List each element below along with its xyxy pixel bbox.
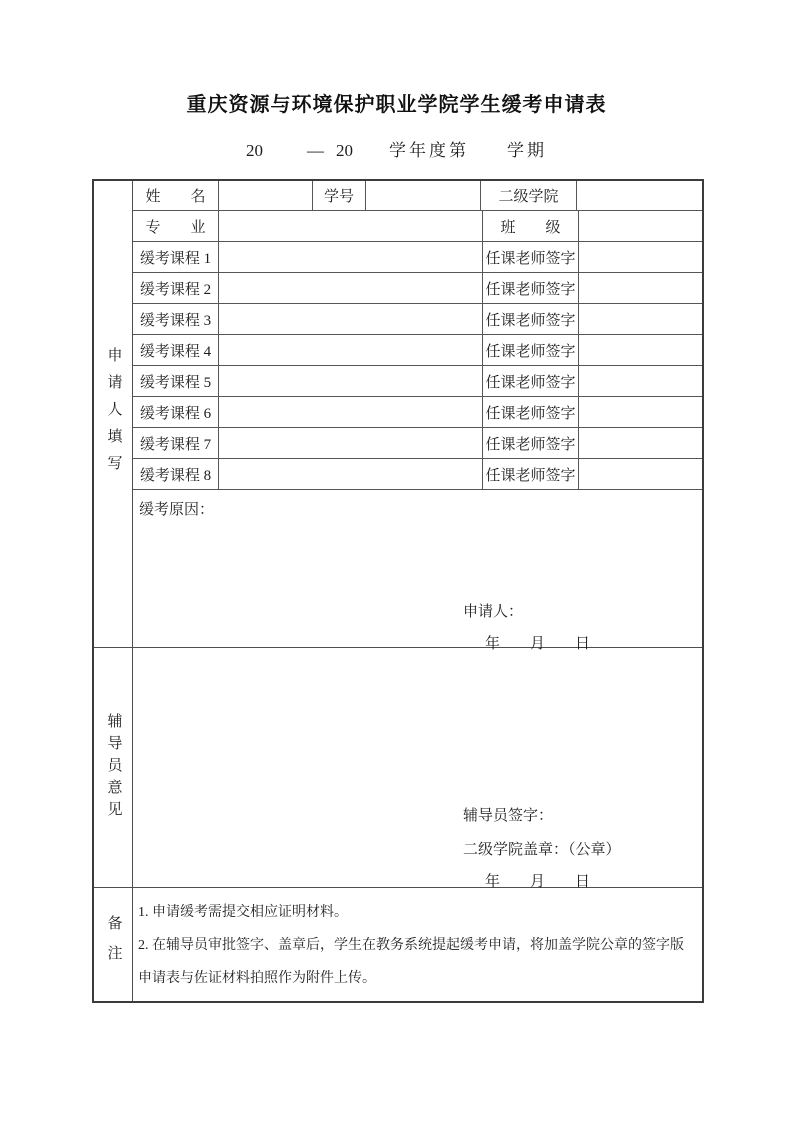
teacher-sign-field-1[interactable]	[579, 242, 702, 272]
course-4-label: 缓考课程 4	[133, 335, 219, 365]
course-row-3: 缓考课程 3 任课老师签字	[133, 304, 702, 335]
deferral-reason-area[interactable]: 缓考原因： 申请人： 年 月 日	[133, 490, 702, 647]
major-field[interactable]	[219, 211, 483, 241]
teacher-sign-label: 任课老师签字	[483, 304, 579, 334]
academic-year-line: 20 — 20 学年度第 学期	[0, 136, 793, 161]
teacher-sign-field-3[interactable]	[579, 304, 702, 334]
teacher-sign-label: 任课老师签字	[483, 428, 579, 458]
teacher-sign-label: 任课老师签字	[483, 397, 579, 427]
teacher-sign-field-4[interactable]	[579, 335, 702, 365]
remark-note-2: 2. 在辅导员审批签字、盖章后，学生在教务系统提起缓考申请，将加盖学院公章的签字…	[138, 929, 688, 995]
counselor-section-side-column: 辅导员意见	[94, 648, 133, 887]
course-row-1: 缓考课程 1 任课老师签字	[133, 242, 702, 273]
teacher-sign-label: 任课老师签字	[483, 366, 579, 396]
course-row-4: 缓考课程 4 任课老师签字	[133, 335, 702, 366]
course-7-label: 缓考课程 7	[133, 428, 219, 458]
class-field[interactable]	[579, 211, 702, 241]
course-3-label: 缓考课程 3	[133, 304, 219, 334]
course-2-label: 缓考课程 2	[133, 273, 219, 303]
college-field[interactable]	[577, 181, 702, 210]
college-seal-label: 二级学院盖章：（公章）	[463, 838, 621, 859]
counselor-signature-label: 辅导员签字：	[463, 804, 553, 825]
student-id-label: 学号	[313, 181, 366, 210]
teacher-sign-field-2[interactable]	[579, 273, 702, 303]
teacher-sign-field-7[interactable]	[579, 428, 702, 458]
college-label: 二级学院	[481, 181, 577, 210]
year-from-prefix: 20	[246, 141, 263, 161]
teacher-sign-field-8[interactable]	[579, 459, 702, 489]
course-7-field[interactable]	[219, 428, 483, 458]
counselor-opinion-area[interactable]: 辅导员签字： 二级学院盖章：（公章） 年 月 日	[133, 648, 702, 887]
remarks-section-label: 备注	[106, 915, 121, 975]
class-label: 班 级	[483, 211, 579, 241]
applicant-section-label: 申请人填写	[106, 347, 121, 482]
course-1-field[interactable]	[219, 242, 483, 272]
page-title: 重庆资源与环境保护职业学院学生缓考申请表	[0, 88, 793, 117]
teacher-sign-label: 任课老师签字	[483, 273, 579, 303]
course-row-6: 缓考课程 6 任课老师签字	[133, 397, 702, 428]
term-prefix-label: 学年度第	[389, 136, 469, 161]
course-row-8: 缓考课程 8 任课老师签字	[133, 459, 702, 490]
student-id-field[interactable]	[366, 181, 481, 210]
teacher-sign-field-6[interactable]	[579, 397, 702, 427]
term-suffix-label: 学期	[507, 136, 547, 161]
teacher-sign-label: 任课老师签字	[483, 459, 579, 489]
course-5-field[interactable]	[219, 366, 483, 396]
teacher-sign-label: 任课老师签字	[483, 242, 579, 272]
course-row-5: 缓考课程 5 任课老师签字	[133, 366, 702, 397]
name-label: 姓 名	[133, 181, 219, 210]
counselor-date-label: 年 月 日	[485, 870, 590, 891]
course-2-field[interactable]	[219, 273, 483, 303]
applicant-signature-label: 申请人：	[463, 600, 523, 621]
course-8-label: 缓考课程 8	[133, 459, 219, 489]
remark-note-1: 1. 申请缓考需提交相应证明材料。	[138, 896, 688, 929]
course-1-label: 缓考课程 1	[133, 242, 219, 272]
remarks-section: 备注 1. 申请缓考需提交相应证明材料。 2. 在辅导员审批签字、盖章后，学生在…	[94, 888, 702, 1001]
counselor-section: 辅导员意见 辅导员签字： 二级学院盖章：（公章） 年 月 日	[94, 648, 702, 888]
applicant-section-side-column: 申请人填写	[94, 181, 133, 647]
counselor-section-label: 辅导员意见	[106, 713, 121, 823]
course-row-7: 缓考课程 7 任课老师签字	[133, 428, 702, 459]
application-form-table: 申请人填写 姓 名 学号 二级学院 专 业 班 级 缓考课程 1 任课老师签字	[92, 179, 704, 1003]
remarks-area: 1. 申请缓考需提交相应证明材料。 2. 在辅导员审批签字、盖章后，学生在教务系…	[133, 888, 702, 1001]
teacher-sign-field-5[interactable]	[579, 366, 702, 396]
document-page: { "page": { "title": "重庆资源与环境保护职业学院学生缓考申…	[0, 0, 793, 1122]
applicant-section: 申请人填写 姓 名 学号 二级学院 专 业 班 级 缓考课程 1 任课老师签字	[94, 181, 702, 648]
course-row-2: 缓考课程 2 任课老师签字	[133, 273, 702, 304]
course-6-label: 缓考课程 6	[133, 397, 219, 427]
teacher-sign-label: 任课老师签字	[483, 335, 579, 365]
year-to-prefix: 20	[336, 141, 353, 161]
year-range-dash: —	[307, 141, 324, 161]
major-row: 专 业 班 级	[133, 211, 702, 242]
remarks-section-side-column: 备注	[94, 888, 133, 1001]
course-5-label: 缓考课程 5	[133, 366, 219, 396]
name-field[interactable]	[219, 181, 313, 210]
course-4-field[interactable]	[219, 335, 483, 365]
course-8-field[interactable]	[219, 459, 483, 489]
course-3-field[interactable]	[219, 304, 483, 334]
name-row: 姓 名 学号 二级学院	[133, 181, 702, 211]
major-label: 专 业	[133, 211, 219, 241]
deferral-reason-label: 缓考原因：	[139, 498, 214, 519]
course-6-field[interactable]	[219, 397, 483, 427]
